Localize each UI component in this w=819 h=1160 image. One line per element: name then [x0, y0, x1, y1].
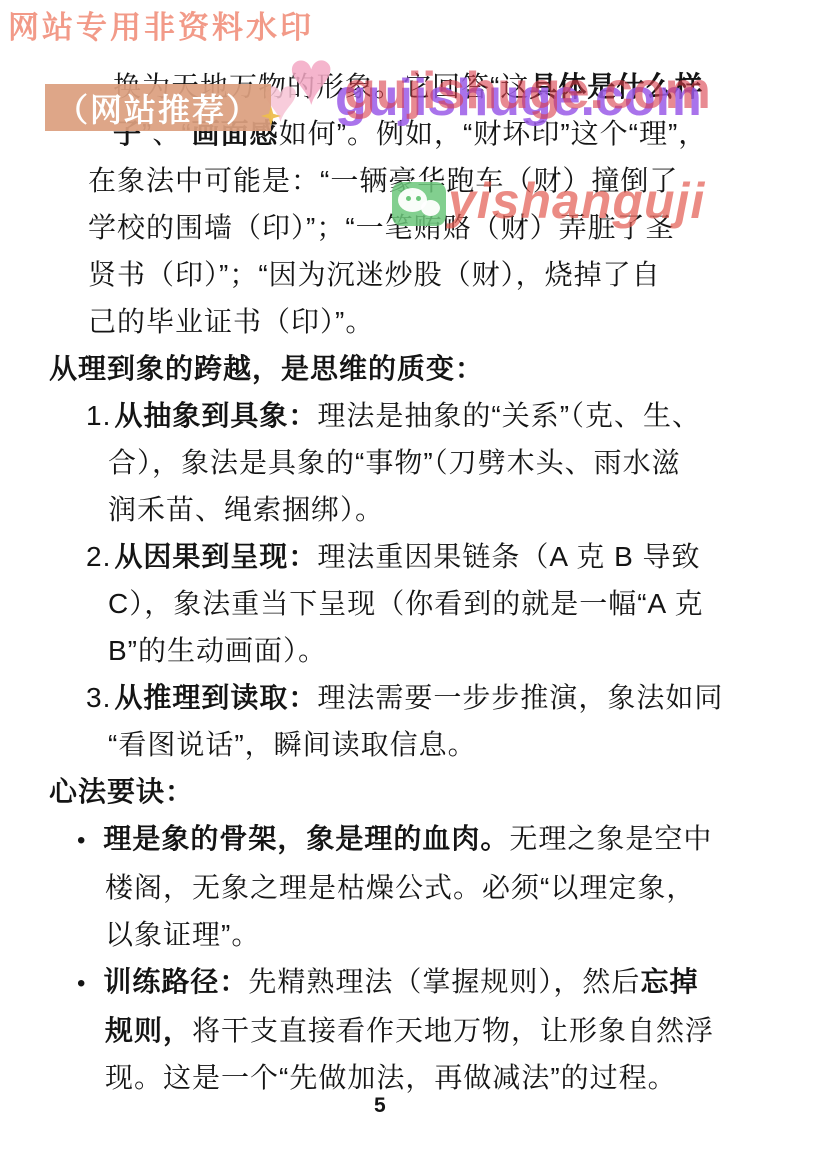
- domain-watermark-red-text: gujishuge.com: [344, 65, 711, 117]
- body-text-run: 楼阁，无象之理是枯燥公式。必须“以理定象，: [105, 872, 695, 903]
- body-text-run: B”的生动画面）。: [108, 635, 327, 666]
- bold-text-run: 从抽象到具象：: [114, 400, 317, 431]
- text-line: C），象法重当下呈现（你看到的就是一幅“A 克: [0, 580, 819, 627]
- page-number: 5: [374, 1094, 386, 1118]
- body-text-run: 贤书（印）”；“因为沉迷炒股（财），烧掉了自: [88, 259, 661, 290]
- text-line: •理是象的骨架，象是理的血肉。无理之象是空中: [0, 815, 819, 864]
- wechat-bubble-small: [421, 200, 440, 216]
- bold-text-run: 理是象的骨架，象是理的血肉。: [103, 823, 509, 854]
- list-marker: 1.: [86, 400, 111, 431]
- body-text-run: 合），象法是具象的“事物”（刀劈木头、雨水滋: [108, 447, 681, 478]
- text-line: 己的毕业证书（印）”。: [0, 298, 819, 345]
- domain-watermark: gujishuge.com gujishuge.com: [335, 72, 702, 124]
- text-line: 贤书（印）”；“因为沉迷炒股（财），烧掉了自: [0, 251, 819, 298]
- wechat-bubble-eye: [406, 196, 411, 201]
- text-line: 以象证理”。: [0, 911, 819, 958]
- body-text-run: 理法重因果链条（A 克 B 导致: [317, 541, 700, 572]
- body-text-run: C），象法重当下呈现（你看到的就是一幅“A 克: [108, 588, 703, 619]
- wechat-handle-watermark: yishanguji: [448, 176, 705, 226]
- body-text-run: 润禾苗、绳索捆绑）。: [108, 494, 384, 525]
- bold-text-run: 从推理到读取：: [114, 682, 317, 713]
- text-line: 规则，将干支直接看作天地万物，让形象自然浮: [0, 1007, 819, 1054]
- text-line: 3.从推理到读取：理法需要一步步推演，象法如同: [0, 674, 819, 721]
- site-badge-label: （网站推荐）: [56, 85, 260, 131]
- list-marker: •: [77, 827, 86, 854]
- text-line: 合），象法是具象的“事物”（刀劈木头、雨水滋: [0, 439, 819, 486]
- list-marker: •: [77, 970, 86, 997]
- body-text-run: 先精熟理法（掌握规则），然后: [248, 966, 640, 997]
- text-line: 现。这是一个“先做加法，再做减法”的过程。: [0, 1054, 819, 1101]
- wechat-bubble-eye: [416, 196, 421, 201]
- bold-text-run: 心法要诀：: [49, 776, 194, 807]
- wechat-icon: [392, 182, 446, 226]
- body-text-run: 以象证理”。: [105, 919, 260, 950]
- body-text-run: 理法是抽象的“关系”（克、生、: [317, 400, 701, 431]
- document-page: 换为天地万物的形象。它回答“这具体是什么样子”、“画面感如何”。例如，“财坏印”…: [0, 0, 819, 1160]
- text-line: “看图说话”，瞬间读取信息。: [0, 721, 819, 768]
- text-line: •训练路径：先精熟理法（掌握规则），然后忘掉: [0, 958, 819, 1007]
- text-line: B”的生动画面）。: [0, 627, 819, 674]
- text-line: 心法要诀：: [0, 768, 819, 815]
- body-text-run: 理法需要一步步推演，象法如同: [317, 682, 723, 713]
- text-line: 2.从因果到呈现：理法重因果链条（A 克 B 导致: [0, 533, 819, 580]
- corner-watermark-text: 网站专用非资料水印: [8, 2, 314, 47]
- text-line: 1.从抽象到具象：理法是抽象的“关系”（克、生、: [0, 392, 819, 439]
- body-text-run: 己的毕业证书（印）”。: [88, 306, 374, 337]
- body-text-run: 将干支直接看作天地万物，让形象自然浮: [192, 1015, 714, 1046]
- bold-text-run: 训练路径：: [103, 966, 248, 997]
- text-line: 从理到象的跨越，是思维的质变：: [0, 345, 819, 392]
- site-badge: （网站推荐）: [45, 84, 271, 131]
- text-line: 楼阁，无象之理是枯燥公式。必须“以理定象，: [0, 864, 819, 911]
- body-text-run: 无理之象是空中: [509, 823, 712, 854]
- bold-text-run: 从因果到呈现：: [114, 541, 317, 572]
- bold-text-run: 忘掉: [640, 966, 698, 997]
- list-marker: 2.: [86, 541, 111, 572]
- body-text-run: 现。这是一个“先做加法，再做减法”的过程。: [105, 1062, 677, 1093]
- list-marker: 3.: [86, 682, 111, 713]
- bold-text-run: 规则，: [105, 1015, 192, 1046]
- body-text-run: “看图说话”，瞬间读取信息。: [108, 729, 477, 760]
- bold-text-run: 从理到象的跨越，是思维的质变：: [49, 353, 484, 384]
- text-line: 润禾苗、绳索捆绑）。: [0, 486, 819, 533]
